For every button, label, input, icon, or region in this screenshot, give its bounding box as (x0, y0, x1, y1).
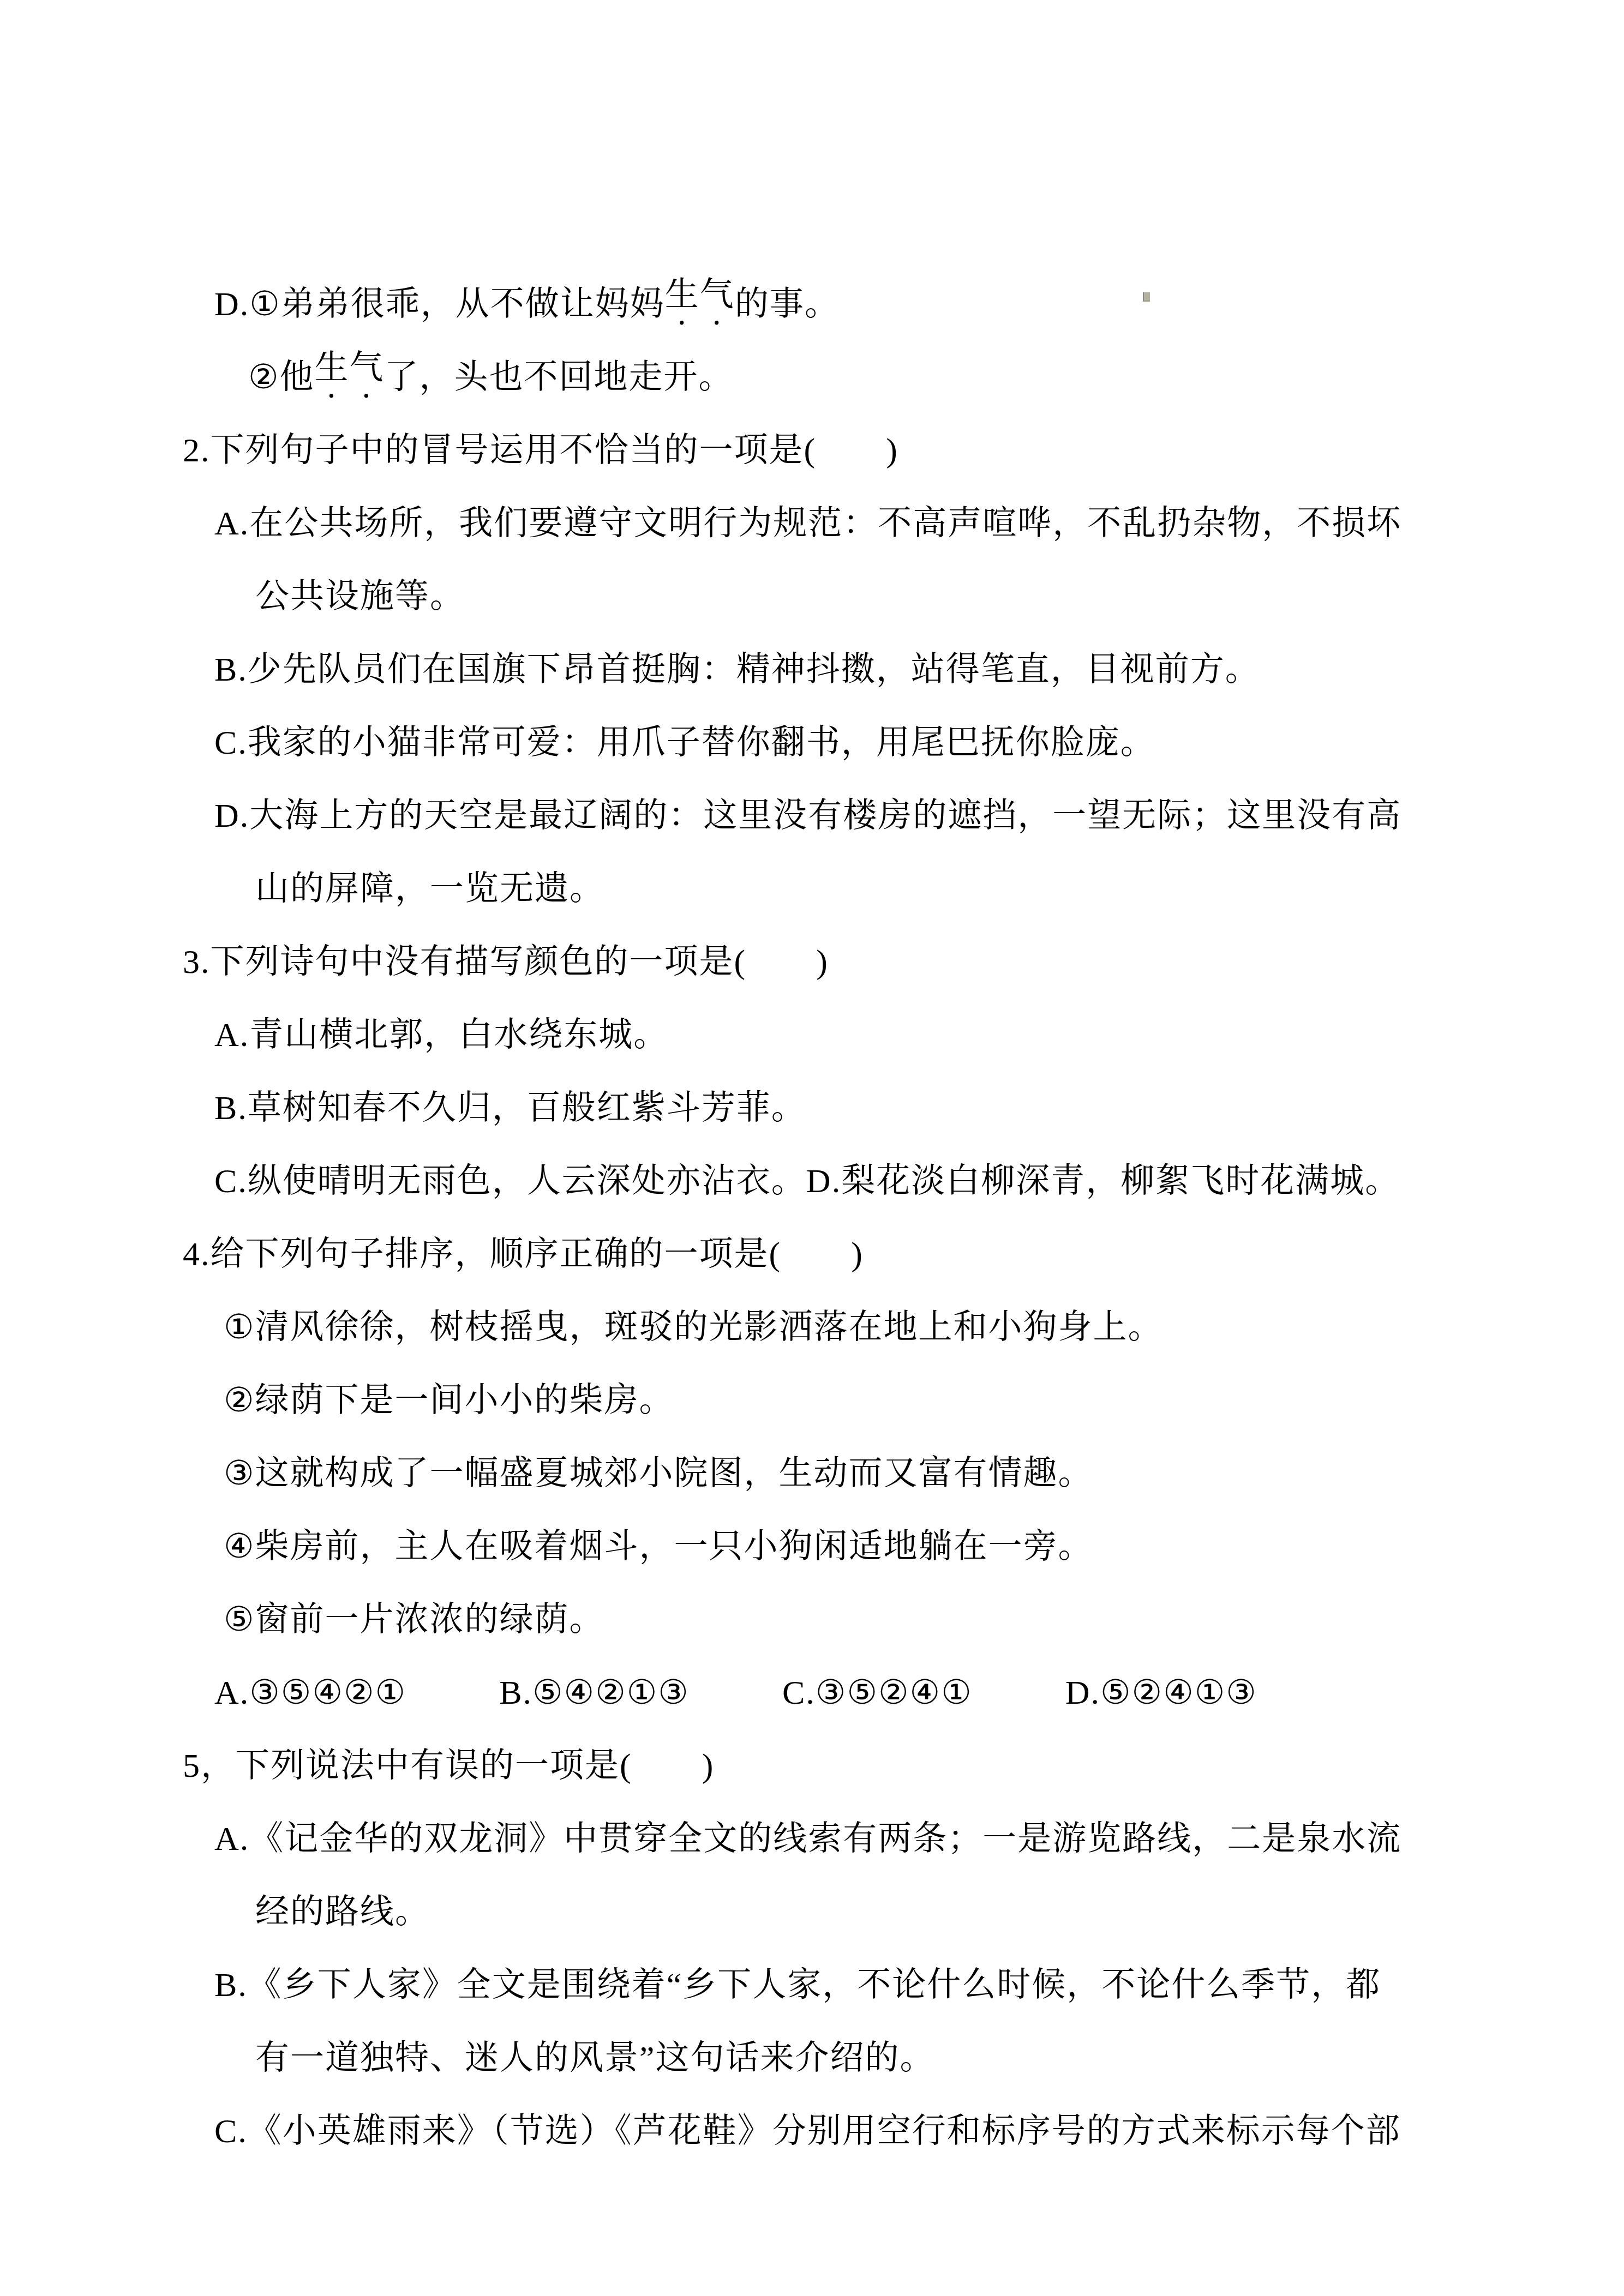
q1-d1-post: 的事。 (735, 287, 840, 321)
q2-option-d-text: D.大海上方的天空是最辽阔的：这里没有楼房的遮挡，一望无际；这里没有高 (214, 799, 1401, 833)
q5-option-c-line1: C.《小英雄雨来》（节选）《芦花鞋》分别用空行和标序号的方式来标示每个部 (0, 2095, 1624, 2168)
q5-option-a-text: A.《记金华的双龙洞》中贯穿全文的线索有两条；一是游览路线，二是泉水流 (214, 1822, 1401, 1856)
q4-stem: 4.给下列句子排序，顺序正确的一项是( ) (0, 1218, 1624, 1291)
q1-d2-pre: ②他 (248, 360, 315, 394)
q3-option-a-text: A.青山横北郭，白水绕东城。 (214, 1018, 668, 1052)
q2-option-b-text: B.少先队员们在国旗下昂首挺胸：精神抖擞，站得笔直，目视前方。 (214, 653, 1260, 687)
q4-choice-c: C.③⑤②④① (782, 1676, 973, 1710)
q3-options-c-d-text: C.纵使晴明无雨色，人云深处亦沾衣。D.梨花淡白柳深青，柳絮飞时花满城。 (214, 1164, 1400, 1198)
q2-stem: 2.下列句子中的冒号运用不恰当的一项是( ) (0, 414, 1624, 487)
q3-option-b-text: B.草树知春不久归，百般红紫斗芳菲。 (214, 1091, 806, 1125)
q2-option-a-cont-text: 公共设施等。 (255, 580, 465, 614)
q4-stem-text: 4.给下列句子排序，顺序正确的一项是( ) (183, 1237, 864, 1271)
q3-option-b: B.草树知春不久归，百般红紫斗芳菲。 (0, 1072, 1624, 1145)
q1-option-d-line2: ②他生气了，头也不回地走开。 (0, 341, 1624, 414)
q4-sentence-4-text: ④柴房前，主人在吸着烟斗，一只小狗闲适地躺在一旁。 (224, 1530, 1093, 1564)
q4-choices-row: A.③⑤④②① B.⑤④②①③ C.③⑤②④① D.⑤②④①③ (0, 1656, 1624, 1729)
q2-option-a-line2: 公共设施等。 (0, 560, 1624, 633)
q5-option-a-line2: 经的路线。 (0, 1876, 1624, 1949)
q5-option-b-line2: 有一道独特、迷人的风景”这句话来介绍的。 (0, 2022, 1624, 2095)
q2-option-d-line1: D.大海上方的天空是最辽阔的：这里没有楼房的遮挡，一望无际；这里没有高 (0, 779, 1624, 852)
q2-stem-text: 2.下列句子中的冒号运用不恰当的一项是( ) (183, 434, 898, 467)
q4-sentence-3-text: ③这就构成了一幅盛夏城郊小院图，生动而又富有情趣。 (224, 1457, 1093, 1490)
q1-d2-emphasized: 生气 (315, 350, 385, 406)
q2-option-a-line1: A.在公共场所，我们要遵守文明行为规范：不高声喧哗，不乱扔杂物，不损坏 (0, 487, 1624, 560)
exam-document-page: D.①弟弟很乖，从不做让妈妈生气的事。 ②他生气了，头也不回地走开。 2.下列句… (0, 0, 1624, 2296)
q4-choice-b: B.⑤④②①③ (499, 1676, 690, 1710)
q5-option-a-line1: A.《记金华的双龙洞》中贯穿全文的线索有两条；一是游览路线，二是泉水流 (0, 1802, 1624, 1876)
exam-text-block: D.①弟弟很乖，从不做让妈妈生气的事。 ②他生气了，头也不回地走开。 2.下列句… (0, 268, 1624, 2168)
q2-option-c-text: C.我家的小猫非常可爱：用爪子替你翻书，用尾巴抚你脸庞。 (214, 726, 1155, 760)
q5-option-a-cont-text: 经的路线。 (255, 1895, 430, 1929)
q4-sentence-4: ④柴房前，主人在吸着烟斗，一只小狗闲适地躺在一旁。 (0, 1510, 1624, 1583)
q4-sentence-1: ①清风徐徐，树枝摇曳，斑驳的光影洒落在地上和小狗身上。 (0, 1291, 1624, 1364)
q1-d2-post: 了，头也不回地走开。 (385, 360, 734, 394)
q4-sentence-2: ②绿荫下是一间小小的柴房。 (0, 1364, 1624, 1437)
q3-options-c-d: C.纵使晴明无雨色，人云深处亦沾衣。D.梨花淡白柳深青，柳絮飞时花满城。 (0, 1145, 1624, 1218)
q4-sentence-2-text: ②绿荫下是一间小小的柴房。 (224, 1384, 674, 1417)
q1-d1-pre: D.①弟弟很乖，从不做让妈妈 (214, 287, 665, 321)
q4-sentence-5: ⑤窗前一片浓浓的绿荫。 (0, 1583, 1624, 1656)
q4-sentence-1-text: ①清风徐徐，树枝摇曳，斑驳的光影洒落在地上和小狗身上。 (224, 1311, 1163, 1344)
q5-stem-text: 5，下列说法中有误的一项是( ) (183, 1749, 714, 1783)
q4-sentence-3: ③这就构成了一幅盛夏城郊小院图，生动而又富有情趣。 (0, 1437, 1624, 1510)
q2-option-a-text: A.在公共场所，我们要遵守文明行为规范：不高声喧哗，不乱扔杂物，不损坏 (214, 507, 1401, 540)
q1-option-d-line1: D.①弟弟很乖，从不做让妈妈生气的事。 (0, 268, 1624, 341)
q2-option-d-cont-text: 山的屏障，一览无遗。 (255, 872, 604, 906)
q5-option-b-cont-text: 有一道独特、迷人的风景”这句话来介绍的。 (255, 2041, 935, 2075)
q5-stem: 5，下列说法中有误的一项是( ) (0, 1729, 1624, 1802)
q2-option-c: C.我家的小猫非常可爱：用爪子替你翻书，用尾巴抚你脸庞。 (0, 706, 1624, 779)
q2-option-d-line2: 山的屏障，一览无遗。 (0, 852, 1624, 925)
q3-stem-text: 3.下列诗句中没有描写颜色的一项是( ) (183, 945, 829, 979)
q5-option-b-line1: B.《乡下人家》全文是围绕着“乡下人家，不论什么时候，不论什么季节，都 (0, 1949, 1624, 2022)
q4-choice-d: D.⑤②④①③ (1065, 1676, 1257, 1710)
q4-choice-a: A.③⑤④②① (214, 1676, 406, 1710)
q5-option-b-text: B.《乡下人家》全文是围绕着“乡下人家，不论什么时候，不论什么季节，都 (214, 1968, 1381, 2002)
q3-option-a: A.青山横北郭，白水绕东城。 (0, 999, 1624, 1072)
q4-sentence-5-text: ⑤窗前一片浓浓的绿荫。 (224, 1603, 604, 1637)
q3-stem: 3.下列诗句中没有描写颜色的一项是( ) (0, 925, 1624, 999)
q5-option-c-text: C.《小英雄雨来》（节选）《芦花鞋》分别用空行和标序号的方式来标示每个部 (214, 2114, 1401, 2148)
q1-d1-emphasized: 生气 (665, 277, 735, 333)
q2-option-b: B.少先队员们在国旗下昂首挺胸：精神抖擞，站得笔直，目视前方。 (0, 633, 1624, 706)
